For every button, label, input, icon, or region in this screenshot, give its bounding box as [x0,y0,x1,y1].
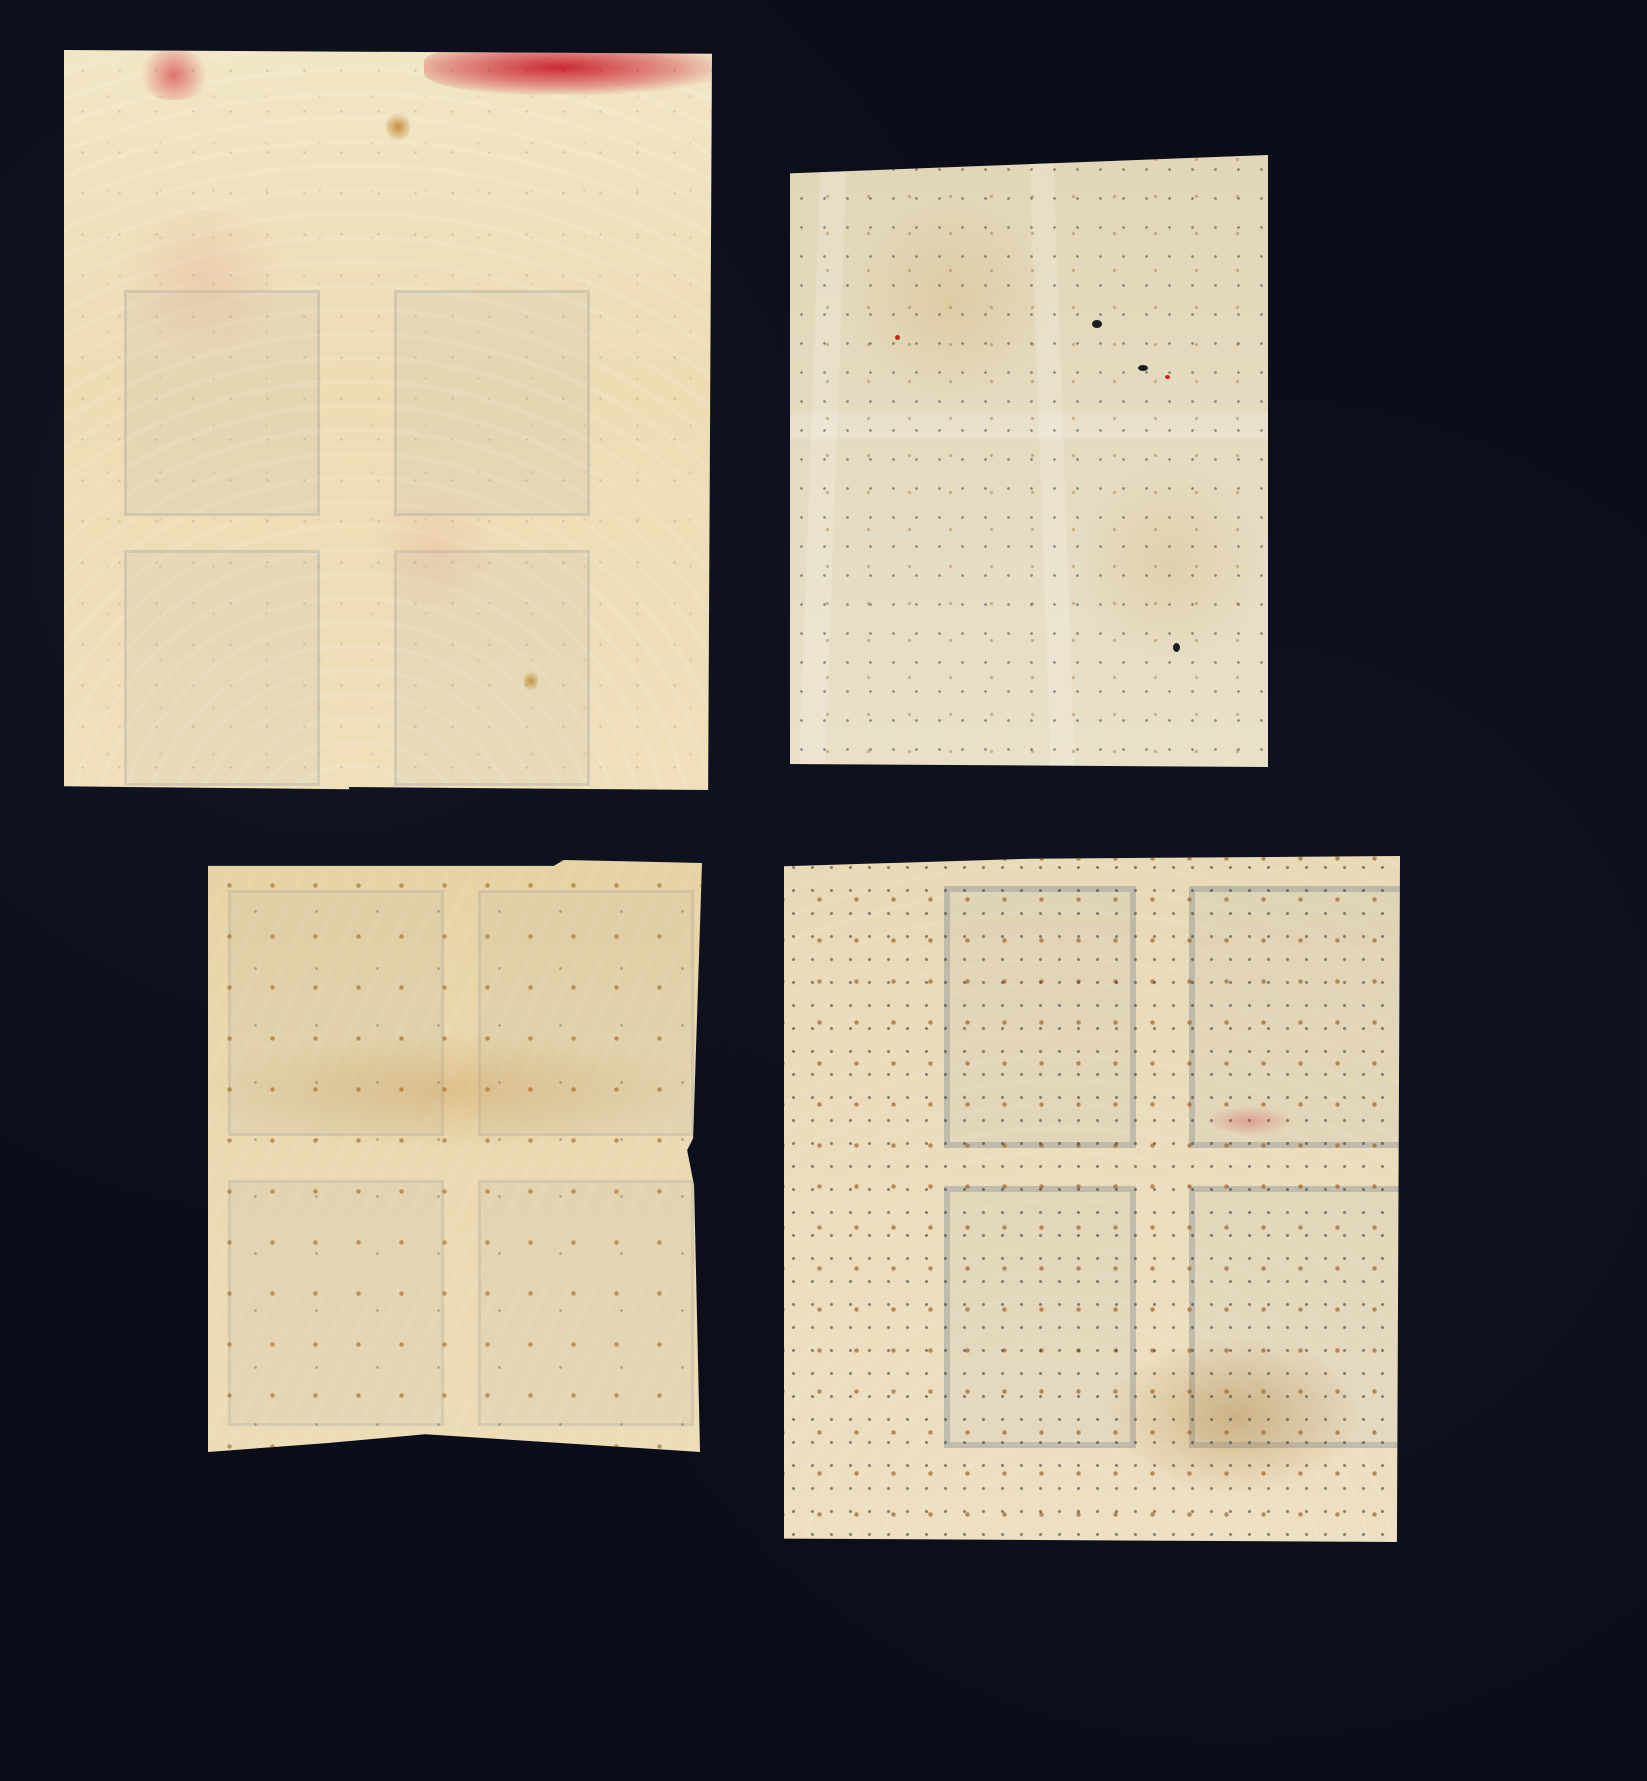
dark-speck [1092,320,1102,328]
foxing-texture [784,856,1400,1542]
stamp-block-back-bottom-left [208,860,702,1452]
stamp-block-back-top-right [790,155,1268,767]
red-mark [1204,1106,1294,1136]
foxing-texture [208,860,702,1452]
speckle-texture [64,50,712,790]
red-dot [895,335,900,340]
dark-speck [1173,643,1180,652]
stamp-block-back-bottom-right [784,856,1400,1542]
speckle-texture [790,155,1268,767]
dark-speck [1138,365,1148,371]
stamp-block-back-top-left [64,50,712,790]
red-dot [1165,375,1170,379]
